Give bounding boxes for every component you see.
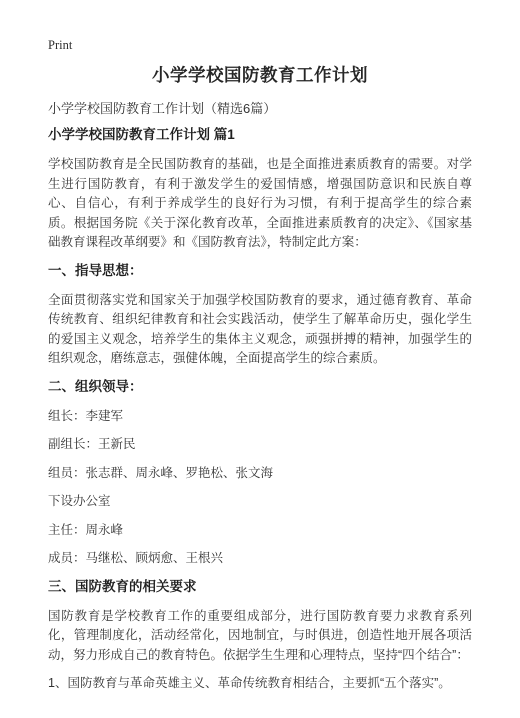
paragraph: 组长：李建军 (48, 407, 472, 427)
paragraph: 学校国防教育是全民国防教育的基础，也是全面推进素质教育的需要。对学生进行国防教育… (48, 155, 472, 253)
paragraph: 成员：马继松、顾炳愈、王根兴 (48, 549, 472, 569)
doc-body: 小学学校国防教育工作计划 篇1学校国防教育是全民国防教育的基础，也是全面推进素质… (48, 126, 472, 694)
paragraph: 副组长：王新民 (48, 435, 472, 455)
page-title: 小学学校国防教育工作计划 (48, 64, 472, 87)
section-heading: 三、国防教育的相关要求 (48, 578, 472, 596)
paragraph: 国防教育是学校教育工作的重要组成部分，进行国防教育要力求教育系列化，管理制度化，… (48, 607, 472, 666)
section-heading: 一、指导思想： (48, 262, 472, 280)
section-heading: 二、组织领导： (48, 378, 472, 396)
document-page: Print 小学学校国防教育工作计划 小学学校国防教育工作计划（精选6篇） 小学… (0, 0, 520, 718)
paragraph: 全面贯彻落实党和国家关于加强学校国防教育的要求，通过德育教育、革命传统教育、组织… (48, 291, 472, 369)
doc-subtitle: 小学学校国防教育工作计划（精选6篇） (48, 100, 472, 117)
paragraph: 1、国防教育与革命英雄主义、革命传统教育相结合，主要抓“五个落实”。 (48, 674, 472, 694)
print-link[interactable]: Print (48, 38, 72, 53)
paragraph: 下设办公室 (48, 492, 472, 512)
paragraph: 主任：周永峰 (48, 521, 472, 541)
section-heading: 小学学校国防教育工作计划 篇1 (48, 126, 472, 144)
paragraph: 组员：张志群、周永峰、罗艳松、张文海 (48, 464, 472, 484)
